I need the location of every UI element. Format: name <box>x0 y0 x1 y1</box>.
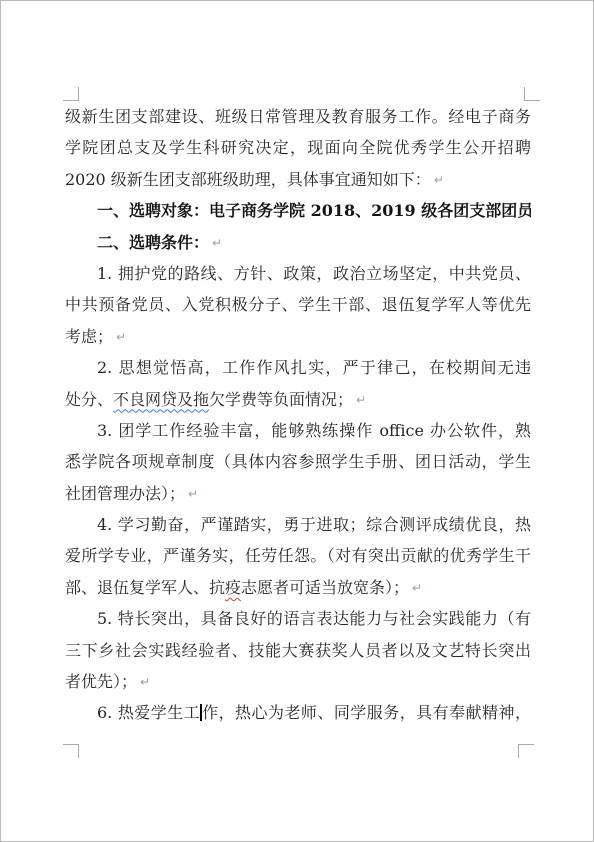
text-line[interactable]: 部、退伍复学军人、抗疫志愿者可适当放宽条）；↵ <box>65 572 531 603</box>
text-line[interactable]: 2. 思想觉悟高，工作作风扎实，严于律己，在校期间无违纪、 <box>65 352 531 383</box>
paragraph-text: 欠学费等负面情况； <box>209 390 353 409</box>
paragraph-text: 6. 热爱学生工 <box>97 703 200 722</box>
paragraph-text: 考虑； <box>65 327 113 346</box>
paragraph-text: 三下乡社会实践经验者、技能大赛获奖人员者以及文艺特长突出 <box>65 641 531 660</box>
text-line[interactable]: 4. 学习勤奋，严谨踏实，勇于进取；综合测评成绩优良，热 <box>65 509 531 540</box>
heading-text: 一、选聘对象：电子商务学院 2018、2019 级各团支部团员 <box>97 201 531 220</box>
heading-text: 二、选聘条件： <box>97 233 209 252</box>
text-line[interactable]: 1. 拥护党的路线、方针、政策，政治立场坚定，中共党员、 <box>65 258 531 289</box>
paragraph-mark-icon: ↵ <box>188 487 198 501</box>
paragraph-text: 学院团总支及学生科研究决定，现面向全院优秀学生公开招聘 <box>65 138 531 157</box>
text-line[interactable]: 社团管理办法）；↵ <box>65 478 531 509</box>
paragraph-text: 5. 特长突出，具备良好的语言表达能力与社会实践能力（有 <box>97 609 531 628</box>
paragraph-text: 2020 级新生团支部班级助理，具体事宜通知如下： <box>65 170 431 189</box>
text-line[interactable]: 2020 级新生团支部班级助理，具体事宜通知如下：↵ <box>65 164 531 195</box>
paragraph-mark-icon: ↵ <box>212 236 222 250</box>
text-line[interactable]: 三下乡社会实践经验者、技能大赛获奖人员者以及文艺特长突出 <box>65 635 531 666</box>
spellcheck-squiggle-red: 疫 <box>225 578 241 597</box>
text-line[interactable]: 悉学院各项规章制度（具体内容参照学生手册、团日活动，学生 <box>65 446 531 477</box>
paragraph-mark-icon: ↵ <box>140 675 150 689</box>
paragraph-mark-icon: ↵ <box>412 581 422 595</box>
text-line-heading-targets[interactable]: 一、选聘对象：电子商务学院 2018、2019 级各团支部团员↵ <box>65 195 531 226</box>
paragraph-text: 3. 团学工作经验丰富，能够熟练操作 office 办公软件，熟 <box>97 421 531 440</box>
paragraph-text: 2. 思想觉悟高，工作作风扎实，严于律己，在校期间无违纪、 <box>65 358 531 383</box>
paragraph-text: 中共预备党员、入党积极分子、学生干部、退伍复学军人等优先 <box>65 295 531 314</box>
spellcheck-squiggle-blue: 不良网贷及拖 <box>113 390 209 409</box>
paragraph-text: 作，热心为老师、同学服务，具有奉献精神， <box>202 703 531 722</box>
text-line[interactable]: 中共预备党员、入党积极分子、学生干部、退伍复学军人等优先 <box>65 289 531 320</box>
margin-corner-mark-top-right <box>524 87 540 101</box>
paragraph-text: 悉学院各项规章制度（具体内容参照学生手册、团日活动，学生 <box>65 452 531 471</box>
paragraph-text: 级新生团支部建设、班级日常管理及教育服务工作。经电子商务 <box>65 107 531 126</box>
text-line[interactable]: 6. 热爱学生工作，热心为老师、同学服务，具有奉献精神， <box>65 697 531 728</box>
document-text-area[interactable]: 级新生团支部建设、班级日常管理及教育服务工作。经电子商务 学院团总支及学生科研究… <box>65 101 531 729</box>
paragraph-text: 4. 学习勤奋，严谨踏实，勇于进取；综合测评成绩优良，热 <box>97 515 531 534</box>
paragraph-mark-icon: ↵ <box>356 393 366 407</box>
document-page: 级新生团支部建设、班级日常管理及教育服务工作。经电子商务 学院团总支及学生科研究… <box>0 0 594 842</box>
text-line[interactable]: 5. 特长突出，具备良好的语言表达能力与社会实践能力（有 <box>65 603 531 634</box>
paragraph-text: 爱所学专业，严谨务实，任劳任怨。（对有突出贡献的优秀学生干 <box>65 546 531 565</box>
paragraph-text: 社团管理办法）； <box>65 484 185 503</box>
paragraph-text: 部、退伍复学军人、抗 <box>65 578 225 597</box>
text-line[interactable]: 者优先）；↵ <box>65 666 531 697</box>
text-line[interactable]: 学院团总支及学生科研究决定，现面向全院优秀学生公开招聘 <box>65 132 531 163</box>
margin-corner-mark-bottom-left <box>63 744 79 758</box>
text-line[interactable]: 3. 团学工作经验丰富，能够熟练操作 office 办公软件，熟 <box>65 415 531 446</box>
paragraph-mark-icon: ↵ <box>116 330 126 344</box>
text-line[interactable]: 级新生团支部建设、班级日常管理及教育服务工作。经电子商务 <box>65 101 531 132</box>
text-line[interactable]: 处分、不良网贷及拖欠学费等负面情况；↵ <box>65 384 531 415</box>
paragraph-mark-icon: ↵ <box>434 173 444 187</box>
text-line[interactable]: 考虑；↵ <box>65 321 531 352</box>
margin-corner-mark-bottom-right <box>518 744 534 758</box>
paragraph-text: 1. 拥护党的路线、方针、政策，政治立场坚定，中共党员、 <box>97 264 531 283</box>
paragraph-text: 者优先）； <box>65 672 137 691</box>
paragraph-text: 处分、 <box>65 390 113 409</box>
paragraph-text: 志愿者可适当放宽条）； <box>241 578 409 597</box>
text-line[interactable]: 爱所学专业，严谨务实，任劳任怨。（对有突出贡献的优秀学生干 <box>65 540 531 571</box>
margin-corner-mark-top-left <box>63 87 79 101</box>
text-line-heading-criteria[interactable]: 二、选聘条件：↵ <box>65 227 531 258</box>
